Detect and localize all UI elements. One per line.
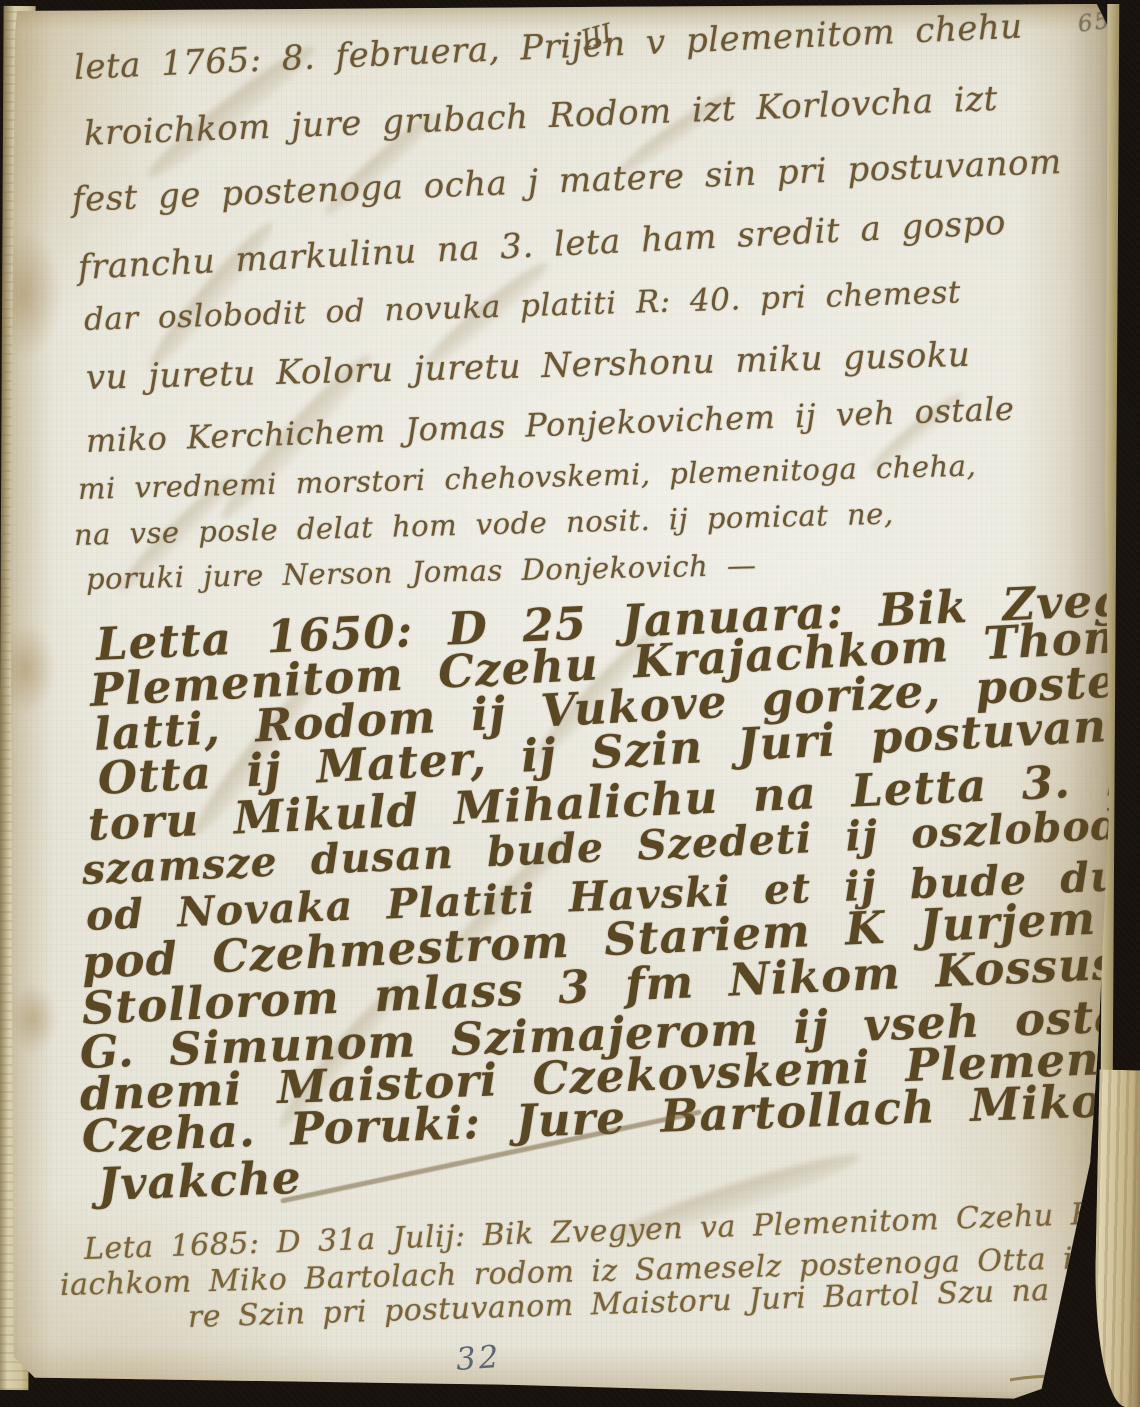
manuscript-line: leta 1765: 8. februera, Prijen v plemeni… bbox=[73, 7, 1023, 88]
book-page-edges-bottom-right bbox=[1092, 1070, 1140, 1407]
manuscript-line: kroichkom jure grubach Rodom izt Korlovc… bbox=[83, 79, 998, 154]
manuscript-line: miko Kerchichem Jomas Ponjekovichem ij v… bbox=[85, 390, 1015, 460]
manuscript-line: Jvakche bbox=[97, 1151, 302, 1211]
manuscript-page: 65 III 32 leta 1765: 8. februera, Prijen… bbox=[6, 4, 1110, 1400]
ink-stain bbox=[8, 984, 58, 1054]
manuscript-line: franchu markulinu na 3. leta ham sredit … bbox=[77, 203, 1007, 288]
manuscript-line: vu juretu Koloru juretu Nershonu miku gu… bbox=[85, 335, 970, 398]
manuscript-line: poruki jure Nerson Jomas Donjekovich — bbox=[86, 548, 757, 596]
manuscript-line: dar oslobodit od novuka platiti R: 40. p… bbox=[83, 274, 961, 338]
manuscript-line: na vse posle delat hom vode nosit. ij po… bbox=[74, 497, 894, 552]
manuscript-photo: 65 III 32 leta 1765: 8. februera, Prijen… bbox=[0, 0, 1140, 1407]
page-edge-shading bbox=[6, 1345, 1110, 1400]
pencil-number: 32 bbox=[455, 1339, 503, 1378]
